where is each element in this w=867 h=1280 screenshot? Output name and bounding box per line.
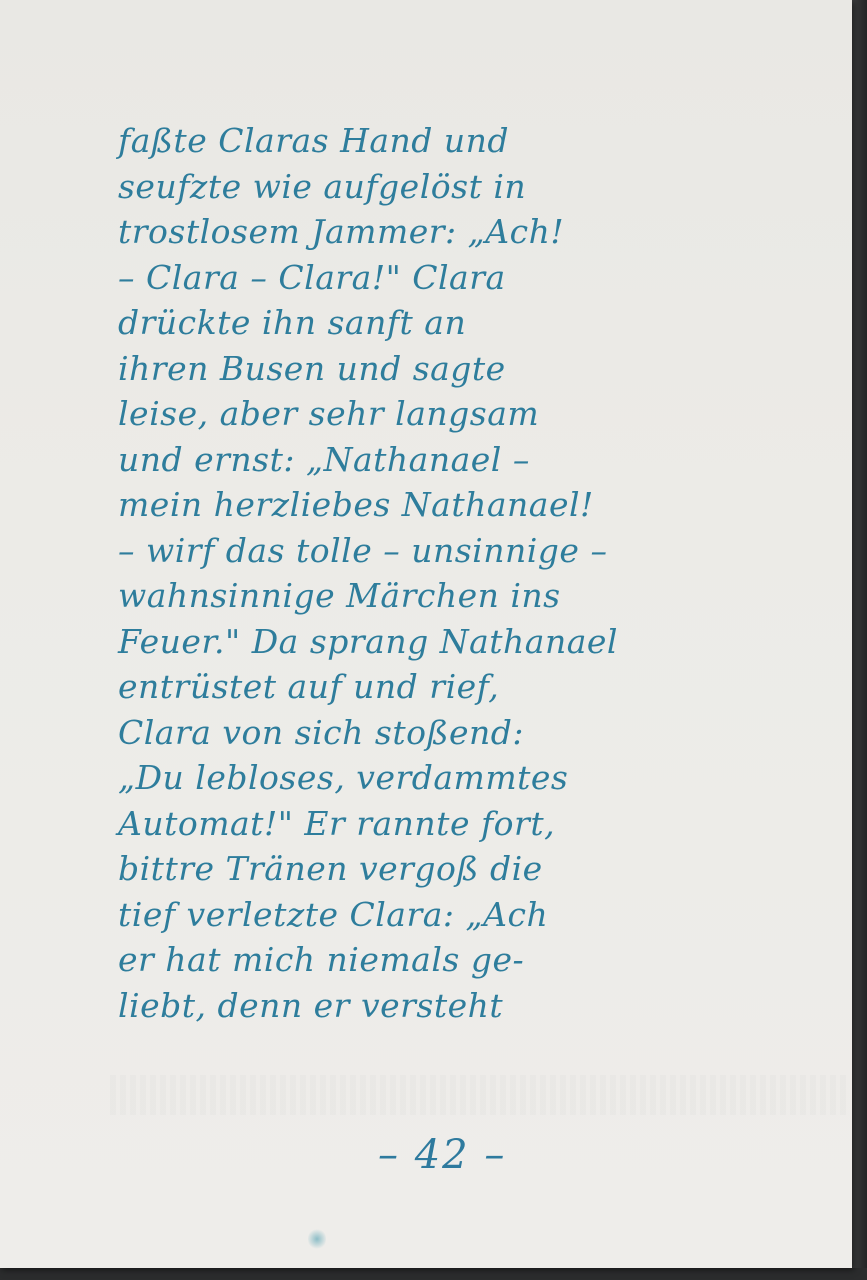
text-line: liebt, denn er versteht (118, 983, 818, 1029)
ink-smudge (308, 1228, 326, 1250)
text-line: „Du lebloses, verdammtes (118, 755, 818, 801)
show-through-text (110, 1075, 850, 1115)
text-line: – wirf das tolle – unsinnige – (118, 528, 818, 574)
page-right-shadow (852, 0, 867, 1280)
text-line: drückte ihn sanft an (118, 300, 818, 346)
text-line: trostlosem Jammer: „Ach! (118, 209, 818, 255)
text-line: seufzte wie aufgelöst in (118, 164, 818, 210)
text-line: bittre Tränen vergoß die (118, 846, 818, 892)
text-line: leise, aber sehr langsam (118, 391, 818, 437)
text-line: Automat!" Er rannte fort, (118, 801, 818, 847)
text-line: entrüstet auf und rief, (118, 664, 818, 710)
text-line: tief verletzte Clara: „Ach (118, 892, 818, 938)
text-line: mein herzliebes Nathanael! (118, 482, 818, 528)
text-line: – Clara – Clara!" Clara (118, 255, 818, 301)
text-line: faßte Claras Hand und (118, 118, 818, 164)
text-line: er hat mich niemals ge- (118, 937, 818, 983)
page-bottom-shadow (0, 1268, 867, 1280)
text-line: Feuer." Da sprang Nathanael (118, 619, 818, 665)
page-number: – 42 – (378, 1132, 506, 1178)
handwritten-text: faßte Claras Hand und seufzte wie aufgel… (118, 118, 818, 1028)
manuscript-page: faßte Claras Hand und seufzte wie aufgel… (0, 0, 852, 1268)
text-line: Clara von sich stoßend: (118, 710, 818, 756)
text-line: und ernst: „Nathanael – (118, 437, 818, 483)
text-line: ihren Busen und sagte (118, 346, 818, 392)
text-line: wahnsinnige Märchen ins (118, 573, 818, 619)
